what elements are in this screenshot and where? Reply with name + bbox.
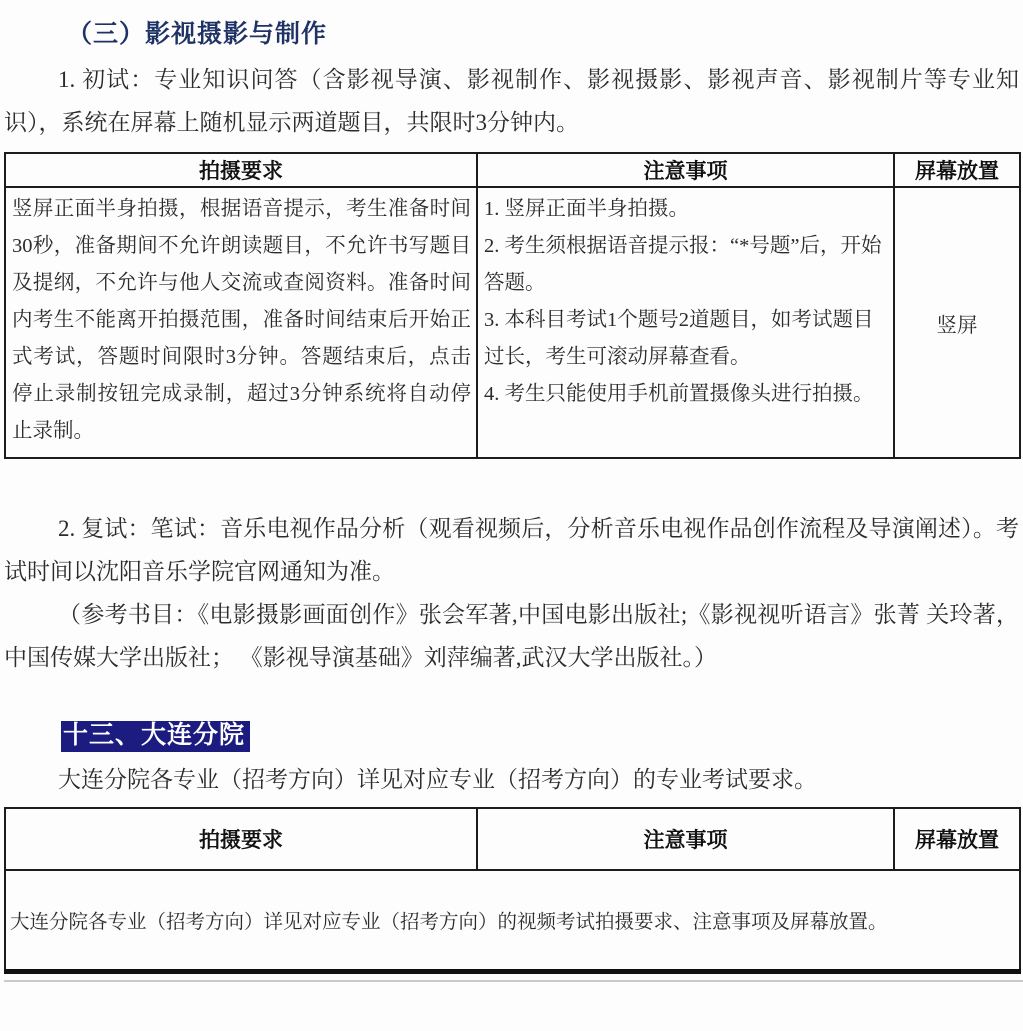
header-screen-placement: 屏幕放置: [894, 808, 1020, 870]
notes-cell: 1. 竖屏正面半身拍摄。 2. 考生须根据语音提示报：“*号题”后，开始答题。 …: [477, 187, 894, 458]
paragraph-second-round: 2. 复试：笔试：音乐电视作品分析（观看视频后，分析音乐电视作品创作流程及导演阐…: [4, 507, 1019, 593]
screen-placement-cell: 竖屏: [894, 187, 1020, 458]
note-item: 4. 考生只能使用手机前置摄像头进行拍摄。: [484, 376, 888, 413]
table-header-row: 拍摄要求 注意事项 屏幕放置: [5, 808, 1020, 870]
header-notes: 注意事项: [477, 808, 894, 870]
note-item: 2. 考生须根据语音提示报：“*号题”后，开始答题。: [484, 228, 888, 302]
table-body-row: 竖屏正面半身拍摄，根据语音提示，考生准备时间30秒，准备期间不允许朗读题目，不允…: [5, 187, 1020, 458]
header-screen-placement: 屏幕放置: [894, 153, 1020, 187]
dalian-requirements-table: 拍摄要求 注意事项 屏幕放置 大连分院各专业（招考方向）详见对应专业（招考方向）…: [4, 807, 1021, 974]
header-shooting-requirements: 拍摄要求: [5, 808, 477, 870]
header-shooting-requirements: 拍摄要求: [5, 153, 477, 187]
paragraph-first-round: 1. 初试：专业知识问答（含影视导演、影视制作、影视摄影、影视声音、影视制片等专…: [4, 58, 1019, 144]
note-item: 1. 竖屏正面半身拍摄。: [484, 191, 888, 228]
paragraph-dalian-intro: 大连分院各专业（招考方向）详见对应专业（招考方向）的专业考试要求。: [4, 758, 1019, 801]
note-item: 3. 本科目考试1个题号2道题目，如考试题目过长，考生可滚动屏幕查看。: [484, 302, 888, 376]
dalian-table-body-cell: 大连分院各专业（招考方向）详见对应专业（招考方向）的视频考试拍摄要求、注意事项及…: [5, 870, 1020, 972]
section3-heading: （三）影视摄影与制作: [67, 14, 1019, 50]
page-bottom-edge: [4, 980, 1023, 982]
paragraph-references: （参考书目：《电影摄影画面创作》张会军著,中国电影出版社;《影视视听语言》张菁 …: [4, 593, 1019, 679]
section13-heading-highlight: 十三、大连分院: [61, 721, 250, 752]
shooting-requirements-cell: 竖屏正面半身拍摄，根据语音提示，考生准备时间30秒，准备期间不允许朗读题目，不允…: [5, 187, 477, 458]
exam-requirements-table: 拍摄要求 注意事项 屏幕放置 竖屏正面半身拍摄，根据语音提示，考生准备时间30秒…: [4, 152, 1021, 459]
section13-heading-wrap: 十三、大连分院: [61, 721, 1019, 752]
table-body-row: 大连分院各专业（招考方向）详见对应专业（招考方向）的视频考试拍摄要求、注意事项及…: [5, 870, 1020, 972]
table-header-row: 拍摄要求 注意事项 屏幕放置: [5, 153, 1020, 187]
header-notes: 注意事项: [477, 153, 894, 187]
document-page: （三）影视摄影与制作 1. 初试：专业知识问答（含影视导演、影视制作、影视摄影、…: [0, 0, 1023, 982]
